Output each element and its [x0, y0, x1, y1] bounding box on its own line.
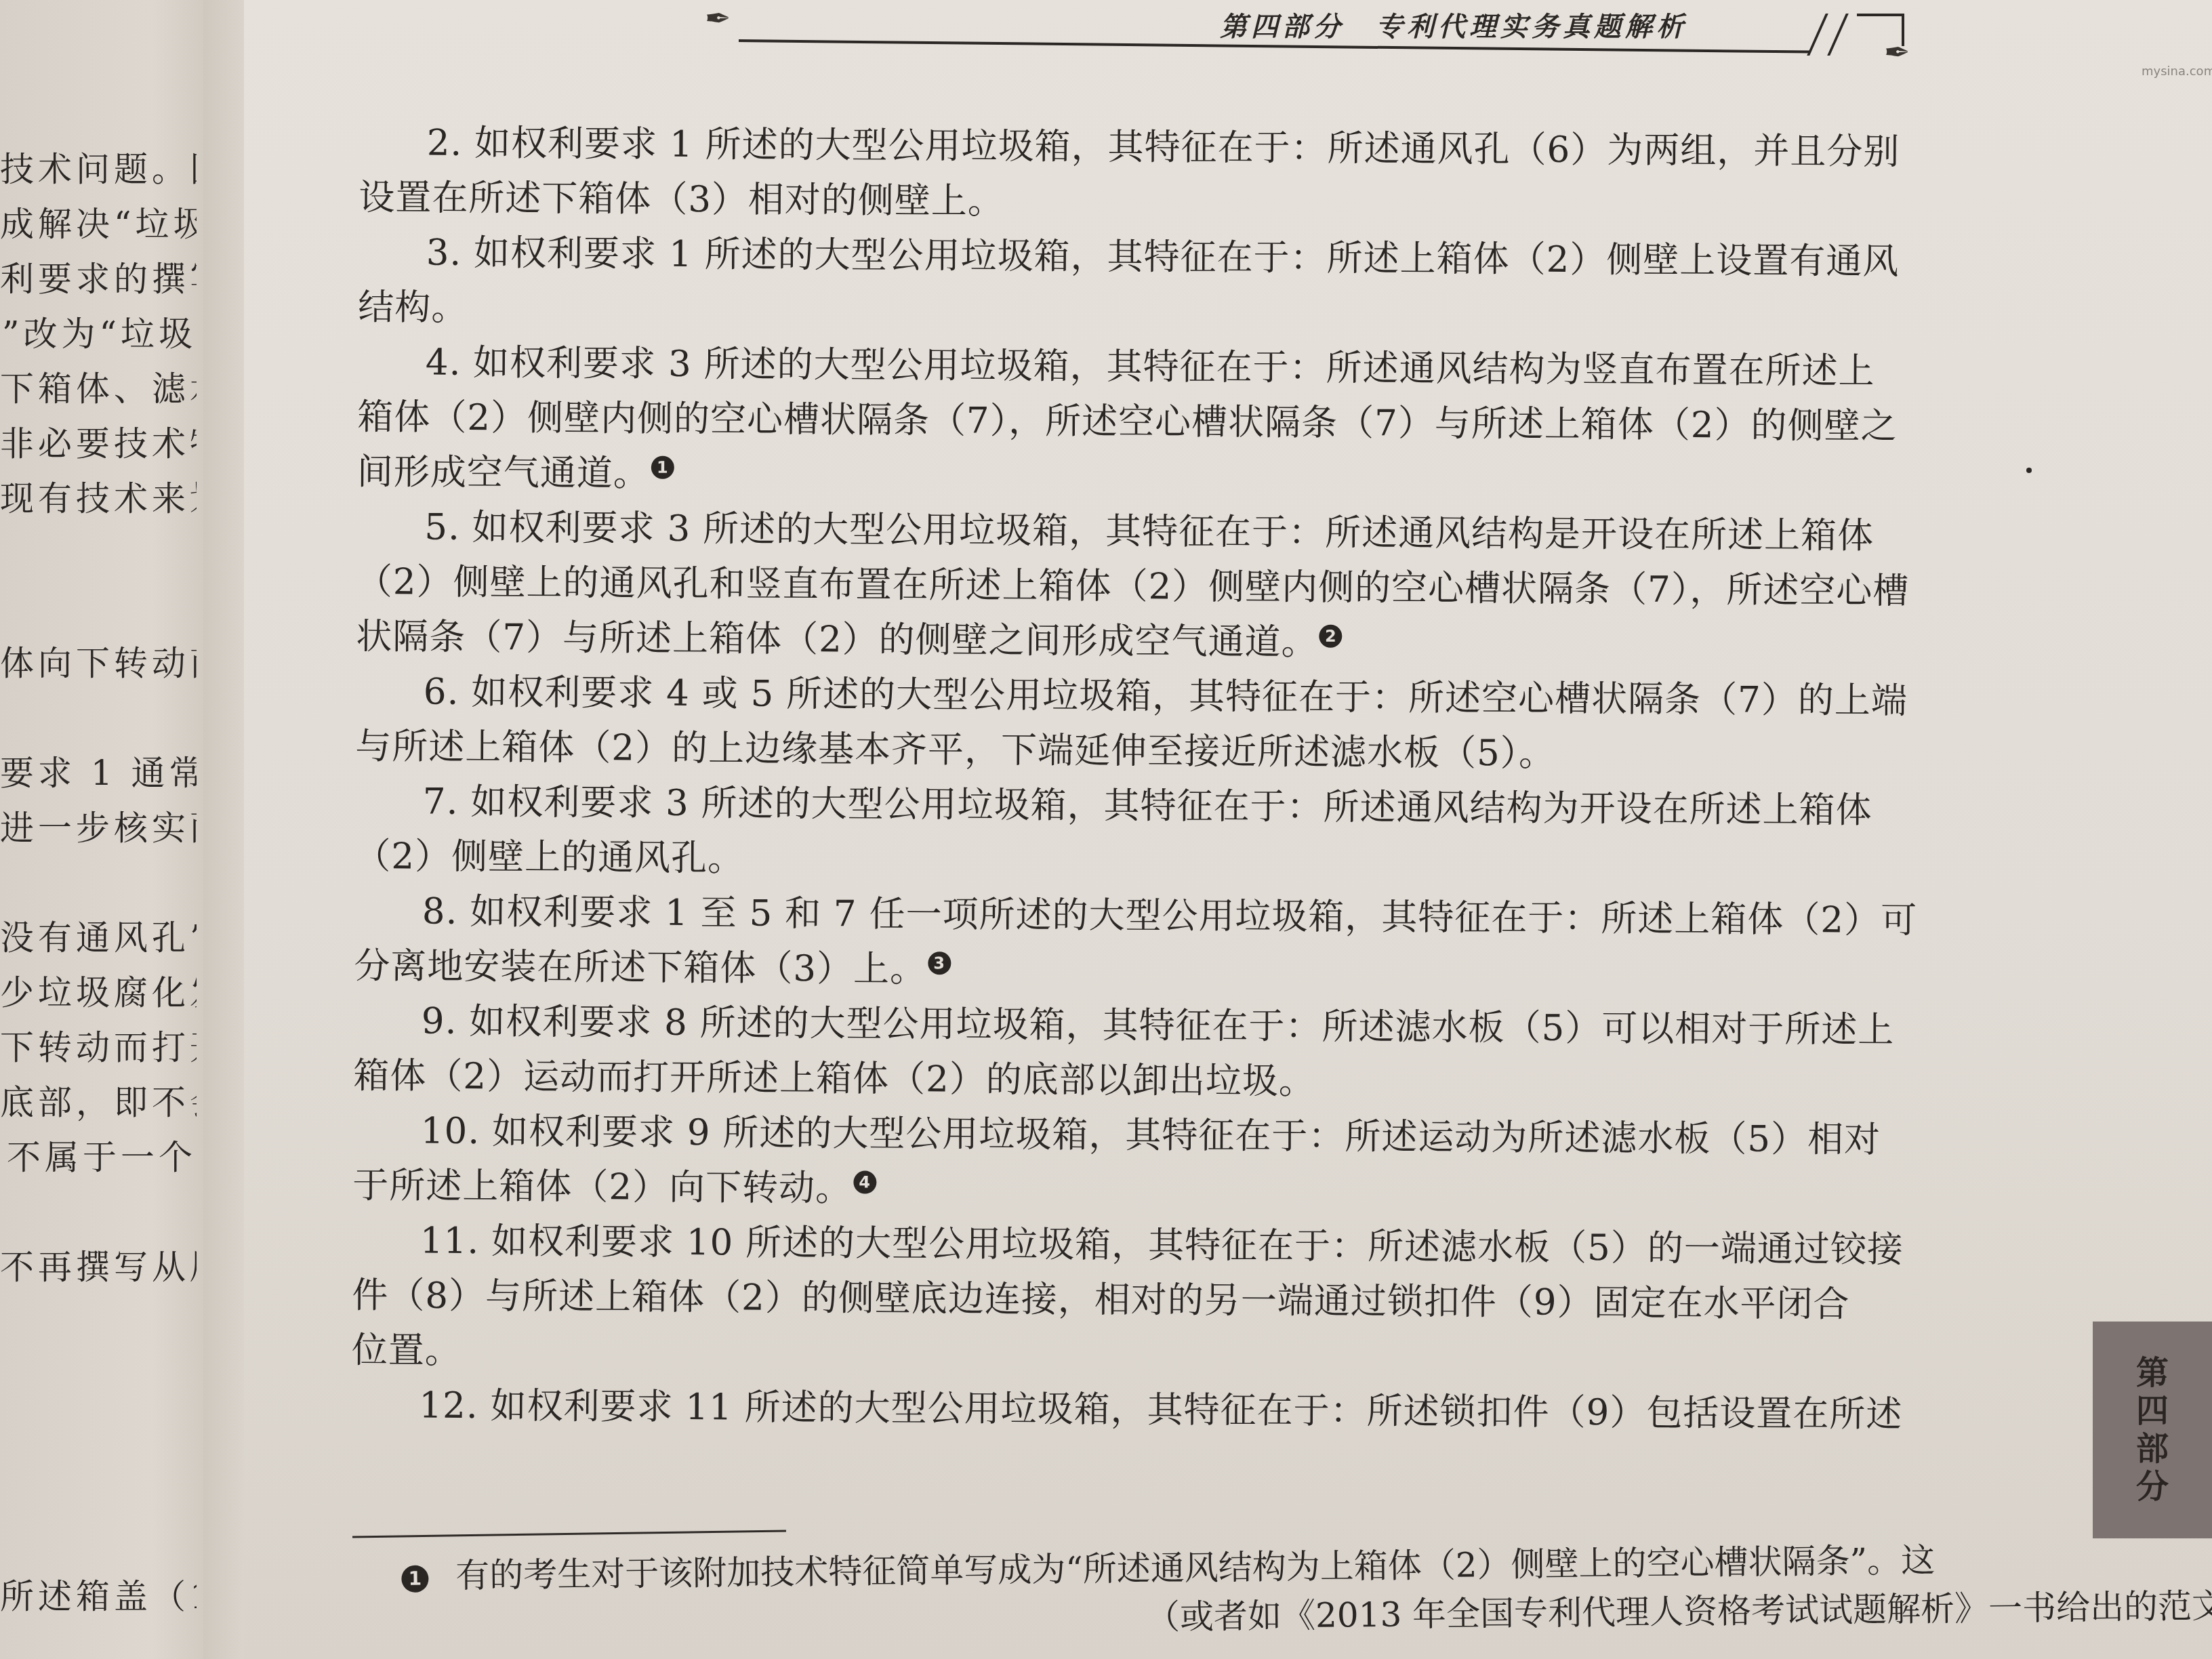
claim-text: 如权利要求 3 所述的大型公用垃圾箱，其特征在于：所述通风结构是开设在所述上箱体 [472, 507, 1875, 557]
claim-line: 于所述上箱体（2）向下转动。4 [352, 1158, 1979, 1223]
claim-number: 7. [423, 781, 459, 823]
claim-line: 5. 如权利要求 3 所述的大型公用垃圾箱，其特征在于：所述通风结构是开设在所述… [356, 499, 1983, 565]
left-page-line: 非必要技术特 [0, 417, 197, 472]
claim-text: 状隔条（7）与所述上箱体（2）的侧壁之间形成空气通道。 [356, 616, 1318, 663]
claim-line: （2）侧壁上的通风孔。 [354, 829, 1981, 894]
left-page-line: 不属于一个 [0, 1130, 197, 1185]
claim-text: 箱体（2）运动而打开所述上箱体（2）的底部以卸出垃圾。 [353, 1055, 1315, 1103]
claim-paragraph: 12. 如权利要求 11 所述的大型公用垃圾箱，其特征在于：所述锁扣件（9）包括… [351, 1378, 1978, 1443]
claim-line: 3. 如权利要求 1 所述的大型公用垃圾箱，其特征在于：所述上箱体（2）侧壁上设… [359, 225, 1985, 290]
left-page-line [0, 1460, 197, 1515]
side-tab-char: 分 [2136, 1468, 2169, 1506]
claim-line: 件（8）与所述上箱体（2）的侧壁底边连接，相对的另一端通过锁扣件（9）固定在水平… [352, 1268, 1978, 1333]
claim-line: 12. 如权利要求 11 所述的大型公用垃圾箱，其特征在于：所述锁扣件（9）包括… [351, 1378, 1978, 1443]
footnote-marker-icon[interactable]: 3 [928, 951, 951, 975]
claim-line: 设置在所述下箱体（3）相对的侧壁上。 [359, 170, 1985, 235]
claim-text: 于所述上箱体（2）向下转动。 [352, 1165, 852, 1209]
header-slash-ornament [1827, 14, 1849, 56]
left-page-line [0, 527, 197, 581]
left-page-line: 底部，即不会 [0, 1076, 197, 1130]
footnote-marker-icon[interactable]: 4 [853, 1171, 876, 1194]
footnote-text: （或者如《2013 年全国专利代理人资格考试试题解析》一书给出的范文 [1146, 1586, 2212, 1637]
claim-text: （2）侧壁上的通风孔。 [354, 836, 744, 880]
claim-number: 12. [419, 1385, 478, 1427]
left-page-line [0, 1515, 197, 1570]
claim-line: 状隔条（7）与所述上箱体（2）的侧壁之间形成空气通道。2 [356, 609, 1982, 674]
left-page-line [0, 1350, 197, 1405]
side-tab-char: 第 [2136, 1354, 2169, 1392]
left-page-line: 成解决“垃圾 [0, 197, 197, 252]
left-page-line: 少垃圾腐化发 [0, 966, 197, 1021]
claim-line: （2）侧壁上的通风孔和竖直布置在所述上箱体（2）侧壁内侧的空心槽状隔条（7），所… [356, 554, 1983, 619]
claim-number: 2. [427, 123, 463, 164]
claim-paragraph: 9. 如权利要求 8 所述的大型公用垃圾箱，其特征在于：所述滤水板（5）可以相对… [353, 994, 1980, 1113]
claim-paragraph: 11. 如权利要求 10 所述的大型公用垃圾箱，其特征在于：所述滤水板（5）的一… [352, 1213, 1979, 1388]
left-page-line [0, 1405, 197, 1460]
claim-number: 5. [424, 507, 460, 548]
claim-text: 如权利要求 1 至 5 和 7 任一项所述的大型公用垃圾箱，其特征在于：所述上箱… [470, 891, 1917, 941]
claim-paragraph: 8. 如权利要求 1 至 5 和 7 任一项所述的大型公用垃圾箱，其特征在于：所… [354, 884, 1981, 1004]
claims-body: 2. 如权利要求 1 所述的大型公用垃圾箱，其特征在于：所述通风孔（6）为两组，… [351, 115, 1986, 1443]
header-slash-ornament [1807, 14, 1828, 56]
claim-text: 如权利要求 10 所述的大型公用垃圾箱，其特征在于：所述滤水板（5）的一端通过铰… [491, 1221, 1904, 1271]
claim-line: 分离地安装在所述下箱体（3）上。3 [354, 939, 1980, 1004]
left-page-line: 技术问题。因 [0, 142, 197, 197]
footnote-marker-icon[interactable]: 1 [651, 456, 674, 479]
left-page-line [0, 691, 197, 746]
section-side-tab: 第四部分 [2093, 1322, 2212, 1538]
claim-line: 6. 如权利要求 4 或 5 所述的大型公用垃圾箱，其特征在于：所述空心槽状隔条… [356, 664, 1982, 729]
claim-line: 4. 如权利要求 3 所述的大型公用垃圾箱，其特征在于：所述通风结构为竖直布置在… [358, 335, 1984, 400]
claim-text: 如权利要求 1 所述的大型公用垃圾箱，其特征在于：所述通风孔（6）为两组，并且分… [474, 123, 1900, 173]
claim-paragraph: 10. 如权利要求 9 所述的大型公用垃圾箱，其特征在于：所述运动为所述滤水板（… [352, 1103, 1980, 1223]
claim-text: 箱体（2）侧壁内侧的空心槽状隔条（7），所述空心槽状隔条（7）与所述上箱体（2）… [357, 396, 1898, 447]
left-page-line: 所述箱盖（1） [0, 1570, 197, 1624]
claim-paragraph: 7. 如权利要求 3 所述的大型公用垃圾箱，其特征在于：所述通风结构为开设在所述… [354, 774, 1982, 894]
quill-ornament-icon: ✒ [705, 0, 731, 37]
left-page-line: 现有技术来划 [0, 472, 197, 527]
left-page-line [0, 856, 197, 911]
claim-text: 如权利要求 3 所述的大型公用垃圾箱，其特征在于：所述通风结构为开设在所述上箱体 [470, 781, 1872, 832]
claim-line: 与所述上箱体（2）的上边缘基本齐平，下端延伸至接近所述滤水板（5）。 [355, 719, 1982, 784]
left-page-line: 要求 1 通常不 [0, 746, 197, 801]
claim-paragraph: 2. 如权利要求 1 所述的大型公用垃圾箱，其特征在于：所述通风孔（6）为两组，… [359, 115, 1986, 235]
watermark: mysina.com [2142, 64, 2212, 79]
left-page-line: 没有通风孔”， [0, 911, 197, 966]
side-tab-char: 四 [2136, 1392, 2169, 1430]
footnote-marker-icon[interactable]: 2 [1319, 625, 1343, 648]
claim-line: 箱体（2）运动而打开所述上箱体（2）的底部以卸出垃圾。 [353, 1048, 1980, 1113]
claim-text: （2）侧壁上的通风孔和竖直布置在所述上箱体（2）侧壁内侧的空心槽状隔条（7），所… [356, 561, 1910, 612]
claim-text: 如权利要求 8 所述的大型公用垃圾箱，其特征在于：所述滤水板（5）可以相对于所述… [469, 1001, 1894, 1051]
ink-speck [2026, 468, 2032, 473]
claim-text: 设置在所述下箱体（3）相对的侧壁上。 [359, 177, 1004, 222]
claim-text: 与所述上箱体（2）的上边缘基本齐平，下端延伸至接近所述滤水板（5）。 [355, 726, 1555, 775]
left-page-line: 利要求的撰写 [0, 252, 197, 307]
claim-number: 9. [422, 1001, 457, 1042]
left-page-text: 技术问题。因成解决“垃圾利要求的撰写”改为“垃圾下箱体、滤水非必要技术特现有技术… [0, 142, 197, 1624]
claim-paragraph: 6. 如权利要求 4 或 5 所述的大型公用垃圾箱，其特征在于：所述空心槽状隔条… [355, 664, 1982, 784]
claim-text: 如权利要求 11 所述的大型公用垃圾箱，其特征在于：所述锁扣件（9）包括设置在所… [490, 1385, 1902, 1435]
claim-paragraph: 4. 如权利要求 3 所述的大型公用垃圾箱，其特征在于：所述通风结构为竖直布置在… [357, 335, 1984, 510]
claim-text: 如权利要求 9 所述的大型公用垃圾箱，其特征在于：所述运动为所述滤水板（5）相对 [492, 1111, 1881, 1161]
left-page-line: 下转动而打开 [0, 1021, 197, 1076]
claim-paragraph: 3. 如权利要求 1 所述的大型公用垃圾箱，其特征在于：所述上箱体（2）侧壁上设… [358, 225, 1985, 345]
side-tab-char: 部 [2136, 1430, 2169, 1468]
claim-line: 2. 如权利要求 1 所述的大型公用垃圾箱，其特征在于：所述通风孔（6）为两组，… [359, 115, 1986, 180]
claim-line: 箱体（2）侧壁内侧的空心槽状隔条（7），所述空心槽状隔条（7）与所述上箱体（2）… [357, 390, 1984, 455]
left-page-line [0, 1185, 197, 1240]
claim-line: 10. 如权利要求 9 所述的大型公用垃圾箱，其特征在于：所述运动为所述滤水板（… [353, 1103, 1980, 1168]
claim-line: 间形成空气通道。1 [357, 445, 1984, 510]
footnote-number-icon: 1 [401, 1565, 428, 1593]
claim-number: 8. [422, 891, 458, 933]
running-header-title: 第四部分 专利代理实务真题解析 [1220, 5, 1687, 44]
claim-line: 7. 如权利要求 3 所述的大型公用垃圾箱，其特征在于：所述通风结构为开设在所述… [355, 774, 1982, 839]
claim-text: 间形成空气通道。 [357, 451, 650, 495]
claim-text: 分离地安装在所述下箱体（3）上。 [354, 945, 926, 990]
claim-text: 位置。 [352, 1330, 462, 1372]
left-page-line: 下箱体、滤水 [0, 362, 197, 417]
claim-number: 3. [426, 232, 462, 274]
left-page-line [0, 581, 197, 636]
left-page: 技术问题。因成解决“垃圾利要求的撰写”改为“垃圾下箱体、滤水非必要技术特现有技术… [0, 0, 217, 1659]
running-header: ✒ 第四部分 专利代理实务真题解析 ✒ [705, 0, 1992, 75]
claim-line: 位置。 [352, 1323, 1978, 1388]
quill-ornament-icon: ✒ [1884, 34, 1910, 70]
claim-paragraph: 5. 如权利要求 3 所述的大型公用垃圾箱，其特征在于：所述通风结构是开设在所述… [356, 499, 1983, 674]
claim-number: 11. [420, 1221, 480, 1263]
claim-line: 11. 如权利要求 10 所述的大型公用垃圾箱，其特征在于：所述滤水板（5）的一… [352, 1213, 1979, 1278]
left-page-line [0, 1295, 197, 1350]
left-page-line: ”改为“垃圾 [0, 307, 197, 362]
claim-number: 4. [426, 342, 462, 384]
footnotes: 1有的考生对于该附加技术特征简单写成为“所述通风结构为上箱体（2）侧壁上的空心槽… [400, 1535, 2041, 1650]
claim-text: 结构。 [358, 287, 468, 329]
claim-line: 8. 如权利要求 1 至 5 和 7 任一项所述的大型公用垃圾箱，其特征在于：所… [354, 884, 1981, 949]
claim-text: 如权利要求 3 所述的大型公用垃圾箱，其特征在于：所述通风结构为竖直布置在所述上 [473, 342, 1875, 392]
claim-line: 9. 如权利要求 8 所述的大型公用垃圾箱，其特征在于：所述滤水板（5）可以相对… [354, 994, 1980, 1059]
claim-number: 10. [421, 1111, 480, 1153]
left-page-line: 体向下转动而 [0, 636, 197, 691]
claim-text: 如权利要求 4 或 5 所述的大型公用垃圾箱，其特征在于：所述空心槽状隔条（7）… [471, 672, 1908, 722]
left-page-line: 不再撰写从属 [0, 1240, 197, 1295]
left-page-line: 进一步核实两 [0, 801, 197, 856]
claim-line: 结构。 [358, 280, 1984, 345]
claim-text: 如权利要求 1 所述的大型公用垃圾箱，其特征在于：所述上箱体（2）侧壁上设置有通… [474, 232, 1899, 283]
claim-text: 件（8）与所述上箱体（2）的侧壁底边连接，相对的另一端通过锁扣件（9）固定在水平… [352, 1275, 1850, 1326]
claim-number: 6. [424, 672, 459, 713]
